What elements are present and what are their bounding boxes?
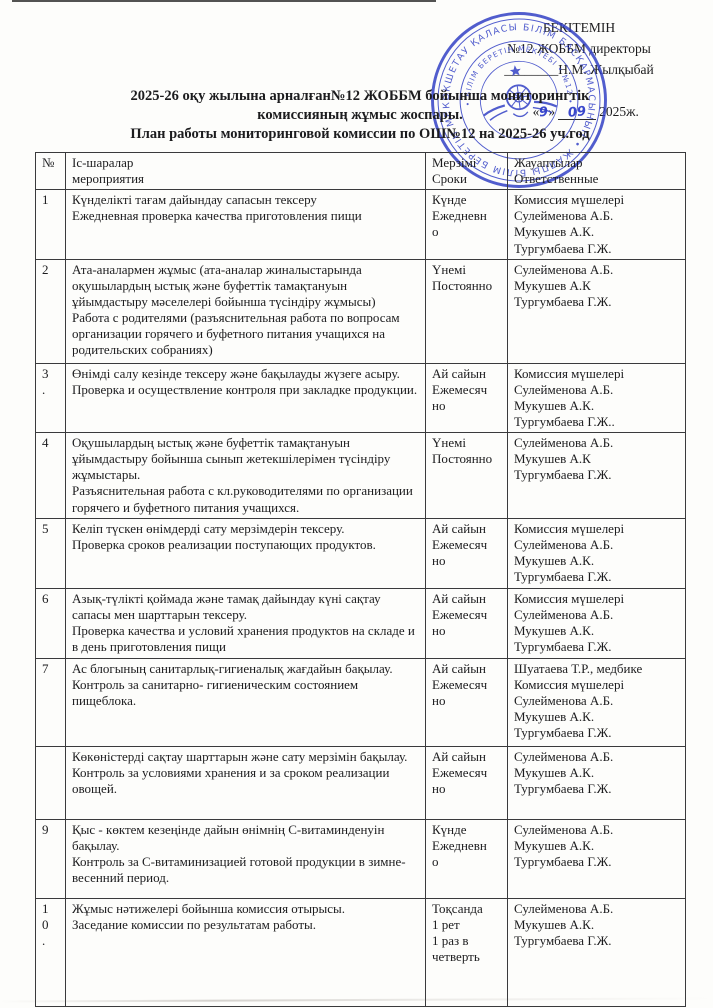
row-number-cell: 5: [36, 519, 66, 589]
row-number-cell: 2: [36, 259, 66, 363]
work-plan-table: № Іс-шаралар мероприятия Мерзімі Сроки Ж…: [35, 152, 686, 1007]
title-line-3: План работы мониторинговой комиссии по О…: [60, 125, 660, 144]
responsible-cell: Комиссия мүшелері Сулейменова А.Б. Мукуш…: [508, 519, 686, 589]
row-number-cell: 3 .: [36, 363, 66, 432]
table-row: 2 Ата-аналармен жұмыс (ата-аналар жиналы…: [36, 259, 686, 363]
term-cell: Ай сайын Ежемесяч но: [426, 658, 508, 746]
activity-cell: Ас блогының санитарлық-гигиеналық жағдай…: [66, 658, 426, 746]
activity-cell: Азық-түлікті қоймада және тамақ дайындау…: [66, 589, 426, 658]
term-cell: Күнде Ежедневн о: [426, 190, 508, 259]
scan-artifact-top-line: [12, 0, 436, 2]
term-cell: Ай сайын Ежемесяч но: [426, 363, 508, 432]
table-row: Көкөністерді сақтау шарттарын және сату …: [36, 746, 686, 819]
table-row: 7 Ас блогының санитарлық-гигиеналық жағд…: [36, 658, 686, 746]
director-name-line: ________Н.М. Жылқыбай: [459, 60, 699, 81]
header-activity: Іс-шаралар мероприятия: [66, 153, 426, 190]
activity-cell: Күнделікті тағам дайындау сапасын тексер…: [66, 190, 426, 259]
responsible-cell: Сулейменова А.Б. Мукушев А.К. Тургумбаев…: [508, 898, 686, 1006]
term-cell: Ай сайын Ежемесяч но: [426, 746, 508, 819]
activity-cell: Ата-аналармен жұмыс (ата-аналар жиналыст…: [66, 259, 426, 363]
row-number-cell: 1: [36, 190, 66, 259]
approval-title: БЕКІТЕМІН: [459, 18, 699, 39]
term-cell: Тоқсанда 1 рет 1 раз в четверть: [426, 898, 508, 1006]
term-cell: Үнемі Постоянно: [426, 433, 508, 519]
responsible-cell: Комиссия мүшелері Сулейменова А.Б. Мукуш…: [508, 363, 686, 432]
table-row: 3 . Өнімді салу кезінде тексеру және бақ…: [36, 363, 686, 432]
table-row: 4 Оқушылардың ыстық және буфеттік тамақт…: [36, 433, 686, 519]
responsible-cell: Сулейменова А.Б. Мукушев А.К. Тургумбаев…: [508, 746, 686, 819]
responsible-cell: Комиссия мүшелері Сулейменова А.Б. Мукуш…: [508, 589, 686, 658]
term-cell: Үнемі Постоянно: [426, 259, 508, 363]
term-cell: Ай сайын Ежемесяч но: [426, 589, 508, 658]
title-line-1: 2025-26 оқу жылына арналған№12 ЖОББМ бой…: [60, 87, 660, 106]
table-row: 6 Азық-түлікті қоймада және тамақ дайынд…: [36, 589, 686, 658]
header-term: Мерзімі Сроки: [426, 153, 508, 190]
term-cell: Күнде Ежедневн о: [426, 819, 508, 898]
table-row: 9 Қыс - көктем кезеңінде дайын өнімнің С…: [36, 819, 686, 898]
responsible-cell: Сулейменова А.Б. Мукушев А.К Тургумбаева…: [508, 259, 686, 363]
row-number-cell: 9: [36, 819, 66, 898]
activity-cell: Жұмыс нәтижелері бойынша комиссия отырыс…: [66, 898, 426, 1006]
activity-cell: Қыс - көктем кезеңінде дайын өнімнің С-в…: [66, 819, 426, 898]
row-number-cell: 7: [36, 658, 66, 746]
row-number-cell: [36, 746, 66, 819]
header-row: № Іс-шаралар мероприятия Мерзімі Сроки Ж…: [36, 153, 686, 190]
document-title: 2025-26 оқу жылына арналған№12 ЖОББМ бой…: [60, 87, 660, 144]
row-number-cell: 1 0 .: [36, 898, 66, 1006]
term-cell: Ай сайын Ежемесяч но: [426, 519, 508, 589]
table-row: 5 Келіп түскен өнімдерді сату мерзімдері…: [36, 519, 686, 589]
activity-cell: Өнімді салу кезінде тексеру және бақылау…: [66, 363, 426, 432]
responsible-cell: Комиссия мүшелері Сулейменова А.Б. Мукуш…: [508, 190, 686, 259]
row-number-cell: 4: [36, 433, 66, 519]
responsible-cell: Шуатаева Т.Р., медбике Комиссия мүшелері…: [508, 658, 686, 746]
table-row: 1 Күнделікті тағам дайындау сапасын текс…: [36, 190, 686, 259]
activity-cell: Келіп түскен өнімдерді сату мерзімдерін …: [66, 519, 426, 589]
responsible-cell: Сулейменова А.Б. Мукушев А.К Тургумбаева…: [508, 433, 686, 519]
activity-cell: Көкөністерді сақтау шарттарын және сату …: [66, 746, 426, 819]
header-responsible: Жауаптылар Ответственные: [508, 153, 686, 190]
table-row: 1 0 . Жұмыс нәтижелері бойынша комиссия …: [36, 898, 686, 1006]
title-line-2: комиссияның жұмыс жоспары.: [60, 106, 660, 125]
row-number-cell: 6: [36, 589, 66, 658]
director-position-line: №12 ЖОББМ директоры: [459, 39, 699, 60]
responsible-cell: Сулейменова А.Б. Мукушев А.К. Тургумбаев…: [508, 819, 686, 898]
header-no: №: [36, 153, 66, 190]
activity-cell: Оқушылардың ыстық және буфеттік тамақтан…: [66, 433, 426, 519]
